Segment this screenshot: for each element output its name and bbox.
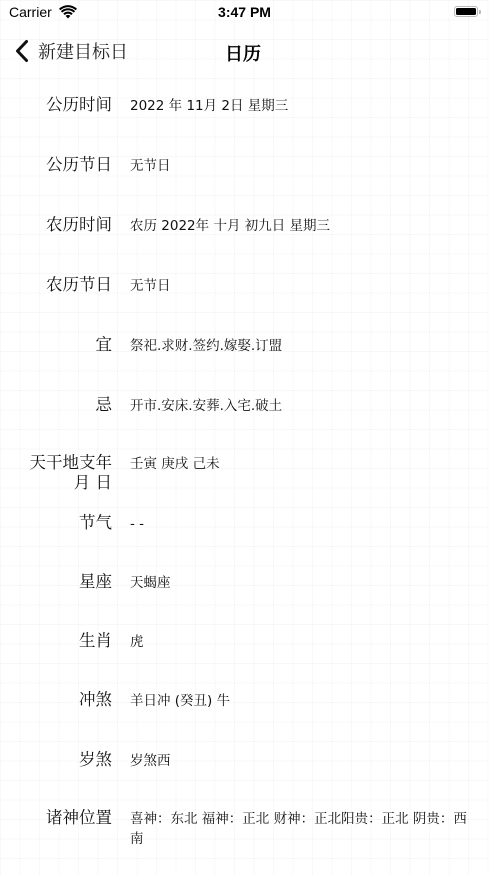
row-lunar-date: 农历时间 农历 2022年 十月 初九日 星期三 — [0, 215, 489, 236]
row-value: 开市.安床.安葬.入宅.破土 — [130, 395, 470, 416]
page-title: 日历 — [225, 40, 261, 66]
navigation-bar: 新建目标日 日历 — [0, 30, 489, 72]
row-value: 虎 — [130, 631, 470, 652]
row-label: 节气 — [0, 513, 112, 533]
back-button[interactable]: 新建目标日 — [14, 38, 128, 64]
status-time: 3:47 PM — [0, 4, 489, 20]
battery-icon — [454, 6, 478, 17]
row-value: 壬寅 庚戌 己未 — [130, 453, 470, 474]
battery-level — [456, 8, 476, 15]
row-label: 忌 — [0, 395, 112, 415]
row-stems-branches: 天干地支年 月 日 壬寅 庚戌 己未 — [0, 453, 489, 493]
row-label: 星座 — [0, 572, 112, 592]
row-year-sha: 岁煞 岁煞西 — [0, 750, 489, 771]
row-value: - - — [130, 513, 470, 534]
row-label: 农历时间 — [0, 215, 112, 235]
row-value: 2022 年 11月 2日 星期三 — [130, 95, 470, 116]
row-value: 岁煞西 — [130, 750, 470, 771]
row-value: 农历 2022年 十月 初九日 星期三 — [130, 215, 470, 236]
row-inauspicious: 忌 开市.安床.安葬.入宅.破土 — [0, 395, 489, 416]
row-constellation: 星座 天蝎座 — [0, 572, 489, 593]
row-value: 无节日 — [130, 155, 470, 176]
row-label: 天干地支年 月 日 — [0, 453, 112, 493]
row-solar-term: 节气 - - — [0, 513, 489, 534]
back-button-label: 新建目标日 — [38, 38, 128, 64]
row-lunar-festival: 农历节日 无节日 — [0, 275, 489, 296]
row-value: 无节日 — [130, 275, 470, 296]
row-label: 诸神位置 — [0, 808, 112, 828]
row-label: 公历时间 — [0, 95, 112, 115]
chevron-left-icon — [14, 39, 30, 63]
row-label: 农历节日 — [0, 275, 112, 295]
row-value: 天蝎座 — [130, 572, 470, 593]
row-value: 祭祀.求财.签约.嫁娶.订盟 — [130, 335, 470, 356]
row-value: 羊日冲 (癸丑) 牛 — [130, 690, 470, 711]
row-clash: 冲煞 羊日冲 (癸丑) 牛 — [0, 690, 489, 711]
row-label: 岁煞 — [0, 750, 112, 770]
row-auspicious: 宜 祭祀.求财.签约.嫁娶.订盟 — [0, 335, 489, 356]
row-gregorian-festival: 公历节日 无节日 — [0, 155, 489, 176]
row-label: 公历节日 — [0, 155, 112, 175]
row-label: 冲煞 — [0, 690, 112, 710]
battery-tip — [479, 10, 481, 14]
status-bar: Carrier 3:47 PM — [0, 0, 489, 26]
row-label-line1: 天干地支年 — [0, 453, 112, 473]
row-label-line2: 月 日 — [0, 473, 112, 493]
row-label: 生肖 — [0, 631, 112, 651]
row-zodiac: 生肖 虎 — [0, 631, 489, 652]
row-value: 喜神：东北 福神：正北 财神：正北阳贵：正北 阴贵：西南 — [130, 808, 470, 849]
row-deity-positions: 诸神位置 喜神：东北 福神：正北 财神：正北阳贵：正北 阴贵：西南 — [0, 808, 489, 849]
row-label: 宜 — [0, 335, 112, 355]
row-gregorian-date: 公历时间 2022 年 11月 2日 星期三 — [0, 95, 489, 116]
